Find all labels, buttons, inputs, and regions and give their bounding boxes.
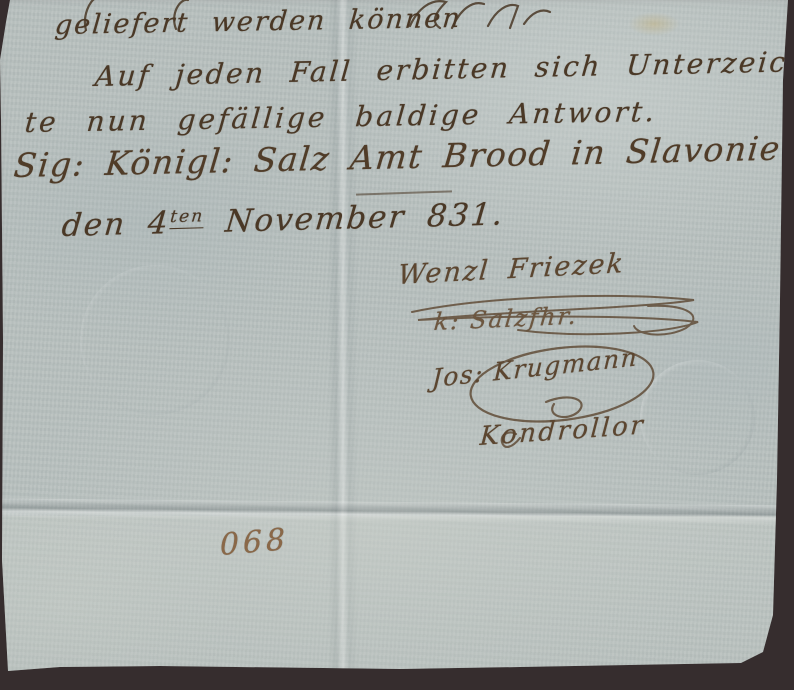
paper-stain bbox=[628, 12, 680, 36]
signature-1-name: Wenzl Friezek bbox=[397, 248, 627, 291]
scanned-letter: geliefert werden können Auf jeden Fall e… bbox=[0, 0, 794, 690]
handwriting-line-3: te nun gefällige baldige Antwort. bbox=[24, 95, 659, 139]
date-ordinal-superscript: ten bbox=[169, 206, 205, 229]
date-prefix: den 4 bbox=[60, 205, 171, 244]
signature-2-name: Jos: Krugmann bbox=[431, 342, 639, 393]
letter-paper: geliefert werden können Auf jeden Fall e… bbox=[0, 0, 794, 690]
dateline-date: den 4ten November 831. bbox=[60, 196, 506, 244]
flourish-dash bbox=[356, 190, 452, 195]
horizontal-fold-line bbox=[0, 499, 794, 528]
date-rest: November 831. bbox=[202, 196, 506, 240]
signature-1-title: k: Salzfhr. bbox=[433, 302, 580, 336]
signature-2-title: Kondrollor bbox=[479, 410, 646, 452]
embossed-seal bbox=[640, 360, 755, 475]
folded-flap bbox=[0, 516, 794, 690]
handwriting-line-2: Auf jeden Fall erbitten sich Unterzeichn… bbox=[94, 44, 794, 93]
folio-number: 068 bbox=[220, 522, 290, 563]
watermark-circle bbox=[80, 265, 230, 415]
handwriting-line-1: geliefert werden können bbox=[54, 3, 463, 41]
